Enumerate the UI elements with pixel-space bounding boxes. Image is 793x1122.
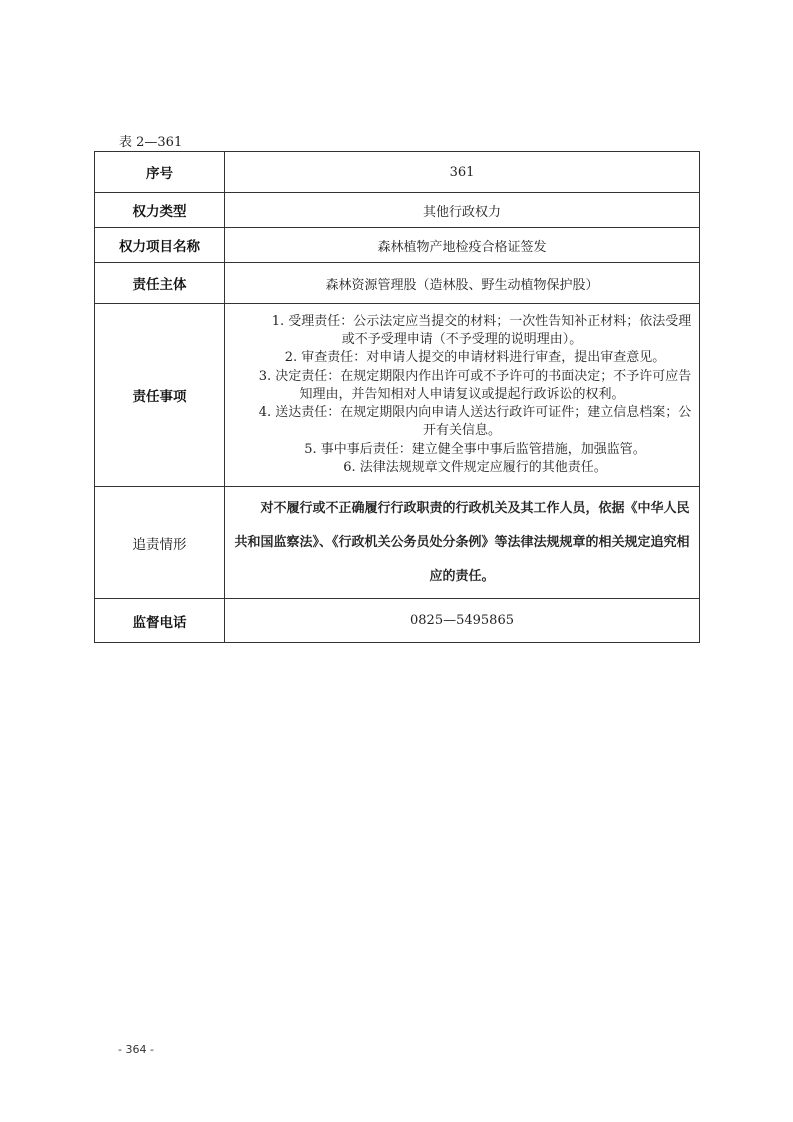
label-power-item-name: 权力项目名称 xyxy=(95,228,225,263)
accountability-text: 对不履行或不正确履行行政职责的行政机关及其工作人员，依据《中华人民共和国监察法》… xyxy=(231,492,693,594)
value-supervision-phone: 0825—5495865 xyxy=(225,599,700,643)
responsibility-item-3: 3. 决定责任：在规定期限内作出许可或不予许可的书面决定；不予许可应告知理由，并… xyxy=(229,368,695,404)
table-row-responsibilities: 责任事项 1. 受理责任：公示法定应当提交的材料；一次性告知补正材料；依法受理或… xyxy=(95,304,700,487)
table-row-power-type: 权力类型 其他行政权力 xyxy=(95,193,700,228)
table-row-supervision-phone: 监督电话 0825—5495865 xyxy=(95,599,700,643)
label-serial-number: 序号 xyxy=(95,152,225,193)
responsibility-item-2: 2. 审查责任：对申请人提交的申请材料进行审查，提出审查意见。 xyxy=(229,349,695,367)
label-responsible-entity: 责任主体 xyxy=(95,263,225,304)
label-supervision-phone: 监督电话 xyxy=(95,599,225,643)
table-row-power-item-name: 权力项目名称 森林植物产地检疫合格证签发 xyxy=(95,228,700,263)
label-power-type: 权力类型 xyxy=(95,193,225,228)
label-accountability: 追责情形 xyxy=(95,487,225,599)
table-caption: 表 2—361 xyxy=(119,131,182,150)
value-responsible-entity: 森林资源管理股（造林股、野生动植物保护股） xyxy=(225,263,700,304)
responsibility-item-4: 4. 送达责任：在规定期限内向申请人送达行政许可证件；建立信息档案；公开有关信息… xyxy=(229,404,695,440)
table-row-responsible-entity: 责任主体 森林资源管理股（造林股、野生动植物保护股） xyxy=(95,263,700,304)
value-power-item-name: 森林植物产地检疫合格证签发 xyxy=(225,228,700,263)
table-row-accountability: 追责情形 对不履行或不正确履行行政职责的行政机关及其工作人员，依据《中华人民共和… xyxy=(95,487,700,599)
page-number: - 364 - xyxy=(118,1043,154,1056)
responsibility-item-1: 1. 受理责任：公示法定应当提交的材料；一次性告知补正材料；依法受理或不予受理申… xyxy=(229,313,695,349)
responsibility-item-6: 6. 法律法规规章文件规定应履行的其他责任。 xyxy=(229,459,695,477)
value-power-type: 其他行政权力 xyxy=(225,193,700,228)
table-row-serial-number: 序号 361 xyxy=(95,152,700,193)
label-responsibilities: 责任事项 xyxy=(95,304,225,487)
value-responsibilities: 1. 受理责任：公示法定应当提交的材料；一次性告知补正材料；依法受理或不予受理申… xyxy=(225,304,700,487)
value-accountability: 对不履行或不正确履行行政职责的行政机关及其工作人员，依据《中华人民共和国监察法》… xyxy=(225,487,700,599)
power-responsibility-table: 序号 361 权力类型 其他行政权力 权力项目名称 森林植物产地检疫合格证签发 … xyxy=(94,151,700,643)
value-serial-number: 361 xyxy=(225,152,700,193)
responsibility-item-5: 5. 事中事后责任：建立健全事中事后监管措施，加强监管。 xyxy=(229,441,695,459)
